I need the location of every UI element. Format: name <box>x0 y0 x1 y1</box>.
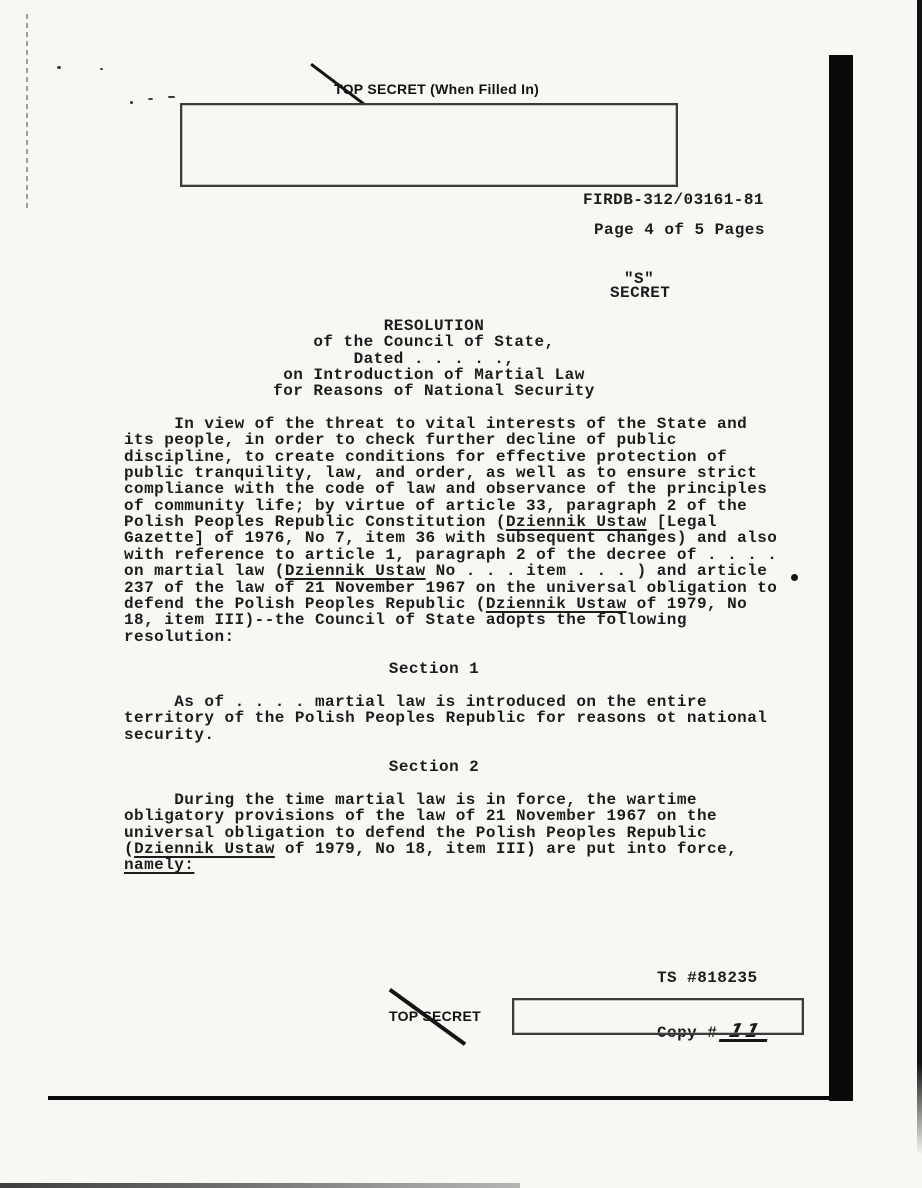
classification-word: SECRET <box>610 284 670 302</box>
scan-speck <box>130 101 133 104</box>
text-line: compliance with the code of law and obse… <box>124 481 792 497</box>
scan-speck <box>168 96 175 98</box>
title-line: Dated . . . . ., <box>124 351 744 367</box>
scan-right-edge-line <box>917 0 922 1155</box>
text-line: security. <box>124 727 792 743</box>
page-count-label: Page 4 of 5 Pages <box>594 221 765 239</box>
text-line: 237 of the law of 21 November 1967 on th… <box>124 580 792 596</box>
paragraph: During the time martial law is in force,… <box>124 792 792 874</box>
title-line: for Reasons of National Security <box>124 383 744 399</box>
document-number: FIRDB-312/03161-81 <box>583 191 764 209</box>
scan-bottom-edge-strip <box>0 1183 520 1188</box>
scan-edge-dashed-line <box>26 14 28 210</box>
text-line: its people, in order to check further de… <box>124 432 792 448</box>
scan-speck <box>791 574 798 581</box>
scan-speck <box>148 98 153 100</box>
text-line: public tranquility, law, and order, as w… <box>124 465 792 481</box>
section-heading: Section 2 <box>124 759 744 775</box>
section-heading: Section 1 <box>124 661 744 677</box>
text-line: resolution: <box>124 629 792 645</box>
text-line: 18, item III)--the Council of State adop… <box>124 612 792 628</box>
title-line: RESOLUTION <box>124 318 744 334</box>
text-line: obligatory provisions of the law of 21 N… <box>124 808 792 824</box>
scan-bottom-rule <box>48 1096 853 1100</box>
scan-edge-bar <box>829 55 853 1101</box>
header-form-box <box>180 103 678 187</box>
text-line: territory of the Polish Peoples Republic… <box>124 710 792 726</box>
document-title: RESOLUTIONof the Council of State,Dated … <box>124 318 744 400</box>
text-line: universal obligation to defend the Polis… <box>124 825 792 841</box>
text-line: Polish Peoples Republic Constitution (Dz… <box>124 514 792 530</box>
text-line: namely: <box>124 857 792 873</box>
header-classification-stamp: TOP SECRET (When Filled In) <box>334 81 539 97</box>
scanned-document-page: TOP SECRET (When Filled In) FIRDB-312/03… <box>0 0 922 1188</box>
text-line: In view of the threat to vital interests… <box>124 416 792 432</box>
scan-speck <box>100 68 103 70</box>
document-body: In view of the threat to vital interests… <box>124 416 792 874</box>
text-line: of community life; by virtue of article … <box>124 498 792 514</box>
ts-number: TS #818235 <box>657 970 770 988</box>
title-line: of the Council of State, <box>124 334 744 350</box>
footer-form-box <box>512 998 804 1035</box>
paragraph: In view of the threat to vital interests… <box>124 416 792 645</box>
text-line: During the time martial law is in force,… <box>124 792 792 808</box>
document-content: RESOLUTIONof the Council of State,Dated … <box>124 318 792 890</box>
text-line: As of . . . . martial law is introduced … <box>124 694 792 710</box>
text-line: with reference to article 1, paragraph 2… <box>124 547 792 563</box>
text-line: defend the Polish Peoples Republic (Dzie… <box>124 596 792 612</box>
text-line: on martial law (Dziennik Ustaw No . . . … <box>124 563 792 579</box>
scan-speck <box>57 66 61 69</box>
paragraph: As of . . . . martial law is introduced … <box>124 694 792 743</box>
text-line: Gazette] of 1976, No 7, item 36 with sub… <box>124 530 792 546</box>
text-line: discipline, to create conditions for eff… <box>124 449 792 465</box>
text-line: (Dziennik Ustaw of 1979, No 18, item III… <box>124 841 792 857</box>
title-line: on Introduction of Martial Law <box>124 367 744 383</box>
